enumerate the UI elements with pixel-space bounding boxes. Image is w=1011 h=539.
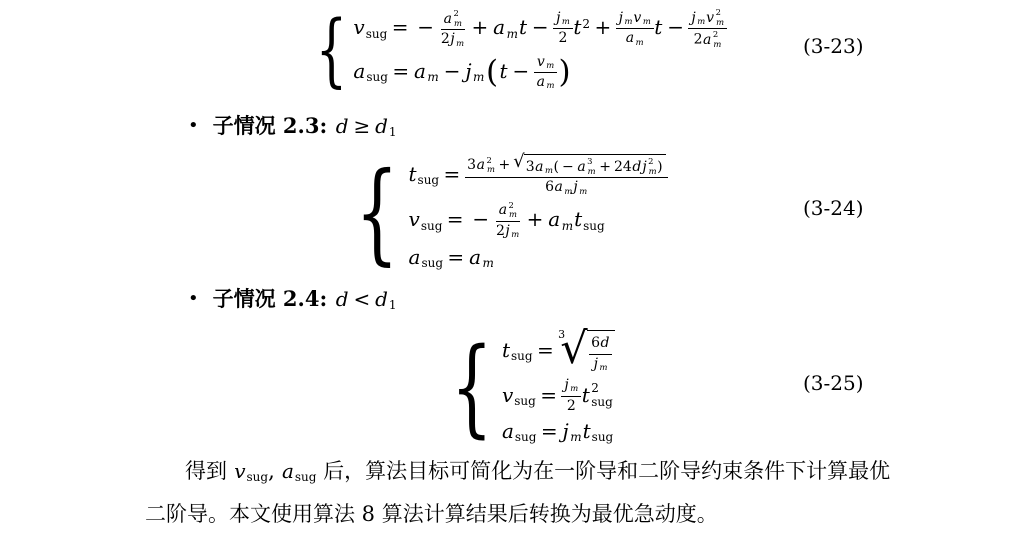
math-scripted: tsug	[408, 162, 439, 186]
math-var: a	[353, 59, 366, 83]
equation-3-25: { tsug=3√6djm vsug=jm2t2sug asug=jmtsug	[438, 328, 615, 446]
equation-number-3-23: (3-23)	[803, 34, 864, 58]
subscript: m	[579, 186, 588, 196]
math-var: a	[498, 202, 507, 218]
subscript: sug	[421, 256, 443, 270]
math-scripted: jm	[573, 179, 588, 195]
eq24-line-vsug: vsug=−a2m2jm+amtsug	[408, 199, 668, 243]
math-var: j	[642, 159, 647, 175]
subscript: m	[482, 256, 494, 270]
script-stack: 2m	[716, 8, 725, 27]
math-num: 2	[509, 200, 514, 210]
math-text: sug	[592, 430, 614, 444]
math-scripted: d1	[375, 114, 397, 138]
subscript: m	[624, 16, 633, 26]
math-row: t−vmam	[499, 59, 557, 83]
bullet-subcase-2-3: •子情况 2.3:d≥d1	[188, 110, 397, 140]
fraction-numerator: vm	[534, 54, 557, 74]
math-scripted: j2m	[642, 159, 657, 175]
math-num: 3	[587, 156, 592, 166]
math-row: 2a2m	[694, 32, 722, 48]
math-row: 3a2m+√3am(−a3m+24dj2m)	[467, 157, 665, 173]
math-num: 2	[453, 8, 458, 18]
math-var: m	[509, 209, 518, 219]
math-var: t	[581, 383, 590, 407]
math-var: a	[501, 419, 514, 443]
math-scripted: vsug	[408, 207, 442, 231]
fraction-denominator: 2	[556, 29, 570, 48]
math-num: 2	[582, 17, 590, 31]
bullet-condition-math: d<d1	[335, 287, 396, 311]
math-op: =	[392, 15, 409, 39]
math-var: d	[335, 287, 349, 311]
math-var: a	[703, 32, 712, 48]
math-var: t	[654, 15, 663, 39]
math-op: =	[392, 59, 409, 83]
math-num: 2	[713, 29, 718, 39]
equation-3-24: { tsug=3a2m+√3am(−a3m+24dj2m)6amjm vsug=…	[342, 152, 668, 272]
math-scripted: vm	[633, 10, 651, 26]
subscript: m	[570, 383, 579, 393]
math-var: a	[281, 459, 294, 483]
subscript: sug	[514, 394, 536, 408]
math-scripted: v2m	[706, 10, 725, 26]
math-text: sug	[418, 173, 440, 187]
math-var: m	[713, 39, 722, 49]
math-op: +	[472, 15, 489, 39]
math-row: 2jm	[441, 31, 465, 47]
math-var: m	[506, 27, 518, 41]
math-op: )	[657, 159, 662, 175]
math-var: d	[632, 159, 642, 175]
math-var: m	[570, 430, 582, 444]
subscript: m	[642, 16, 651, 26]
math-scripted: am	[548, 207, 574, 231]
eq24-line-tsug: tsug=3a2m+√3am(−a3m+24dj2m)6amjm	[408, 152, 668, 199]
subscript: m	[716, 18, 725, 28]
subscript: sug	[591, 396, 613, 410]
math-row: jmv2m	[691, 10, 725, 26]
subscript: sug	[592, 430, 614, 444]
math-var: t	[573, 15, 582, 39]
math-text: sug	[247, 470, 269, 484]
superscript: 2	[591, 382, 599, 396]
close-paren-icon: )	[557, 57, 571, 88]
equation-3-23-lines: vsug=−a2m2jm+amt−jm2t2+jmvmamt−jmv2m2a2m…	[353, 6, 727, 94]
subscript: sug	[295, 470, 317, 484]
script-stack: 2sug	[591, 382, 613, 410]
open-paren-icon: (	[485, 57, 499, 88]
math-text: sug	[295, 470, 317, 484]
math-row: d<d1	[335, 287, 396, 311]
subscript: m	[570, 430, 582, 444]
math-var: j	[573, 179, 578, 195]
math-var: a	[408, 245, 421, 269]
math-scripted: jm	[450, 31, 465, 47]
math-var: m	[648, 166, 657, 176]
math-num: 3	[467, 157, 476, 173]
math-op: +	[594, 15, 611, 39]
math-var: v	[408, 207, 420, 231]
math-num: 2	[648, 156, 653, 166]
math-var: t	[408, 162, 417, 186]
math-var: a	[548, 207, 561, 231]
math-scripted: asug	[281, 459, 316, 483]
math-op: =	[447, 207, 464, 231]
math-row: 3am(−a3m+24dj2m)	[526, 159, 663, 175]
subscript: m	[564, 186, 573, 196]
math-op: −	[562, 159, 574, 175]
subscript: m	[599, 362, 608, 372]
math-var: m	[564, 186, 573, 196]
math-scripted: tsug	[501, 338, 532, 362]
math-var: j	[465, 59, 472, 83]
math-var: a	[577, 159, 586, 175]
math-num: 2	[496, 223, 505, 239]
math-var: t	[499, 59, 508, 83]
math-scripted: jm	[564, 377, 579, 393]
math-num: 2	[591, 381, 599, 395]
math-var: j	[618, 10, 623, 26]
paren-content: t−vmam	[499, 54, 557, 92]
math-text: sug	[583, 219, 605, 233]
math-scripted: asug	[408, 245, 443, 269]
math-row: asug=am−jm(t−vmam)	[353, 59, 572, 83]
eq25-line-asug: asug=jmtsug	[501, 417, 615, 446]
eq25-line-tsug: tsug=3√6djm	[501, 328, 615, 375]
math-scripted: tsug	[582, 419, 613, 443]
subscript: m	[587, 167, 596, 177]
math-num: 1	[389, 298, 397, 312]
math-var: a	[443, 11, 452, 27]
cases-brace-icon: {	[355, 157, 398, 267]
math-fraction: a2m2jm	[493, 201, 522, 241]
math-op: +	[527, 207, 544, 231]
math-var: v	[501, 383, 513, 407]
math-scripted: t2sug	[581, 383, 613, 407]
subscript: sug	[515, 430, 537, 444]
math-var: m	[427, 70, 439, 84]
math-var: j	[593, 356, 598, 372]
script-stack: 2m	[509, 201, 518, 220]
math-var: d	[335, 114, 349, 138]
cases-brace-icon: {	[316, 10, 348, 90]
math-op: =	[447, 245, 464, 269]
fraction-denominator: 2	[564, 397, 578, 416]
math-num: 6	[591, 335, 600, 351]
subscript: 1	[389, 298, 397, 312]
fraction-numerator: 3a2m+√3am(−a3m+24dj2m)	[465, 154, 668, 178]
bullet-marker-icon: •	[188, 288, 199, 309]
paragraph-line-2: 二阶导。本文使用算法 8 算法计算结果后转换为最优急动度。	[145, 498, 718, 528]
math-row: 6d	[591, 335, 610, 351]
math-text: sug	[511, 349, 533, 363]
math-var: a	[469, 245, 482, 269]
math-var: v	[353, 15, 365, 39]
math-row: jmvm	[618, 10, 651, 26]
math-var: d	[600, 335, 610, 351]
bullet-marker-icon: •	[188, 115, 199, 136]
math-num: 2	[441, 31, 450, 47]
math-fraction: jmvmam	[616, 10, 654, 48]
math-text: sug	[514, 394, 536, 408]
math-op: =	[541, 419, 558, 443]
math-var: j	[450, 31, 455, 47]
math-scripted: tsug	[574, 207, 605, 231]
subscript: m	[456, 38, 465, 48]
math-text: sug	[421, 256, 443, 270]
math-scripted: am	[493, 15, 519, 39]
eq23-line-vsug: vsug=−a2m2jm+amt−jm2t2+jmvmamt−jmv2m2a2m	[353, 6, 727, 52]
math-scripted: d1	[375, 287, 397, 311]
math-row: vsug=jm2t2sug	[501, 383, 612, 407]
subscript: m	[427, 70, 439, 84]
math-var: a	[535, 159, 544, 175]
radicand: 6djm	[587, 330, 616, 373]
bullet-label: 子情况 2.4:	[213, 286, 328, 311]
math-row: d≥d1	[335, 114, 396, 138]
math-fraction: a2m2jm	[438, 9, 467, 49]
superscript: 2	[582, 17, 590, 31]
subscript: sug	[511, 349, 533, 363]
math-num: 1	[389, 125, 397, 139]
math-op: +	[498, 157, 510, 173]
math-scripted: a3m	[577, 159, 596, 175]
math-op: −	[472, 207, 489, 231]
math-var: j	[691, 10, 696, 26]
subscript: sug	[366, 70, 388, 84]
math-var: a	[554, 179, 563, 195]
subscript: m	[509, 210, 518, 220]
math-var: v	[536, 54, 545, 70]
math-scripted: vsug	[353, 15, 387, 39]
math-row: tsug=3√6djm	[501, 338, 615, 362]
script-stack: 3m	[587, 157, 596, 176]
math-num: 3	[526, 159, 535, 175]
fraction-denominator: 6amjm	[543, 178, 591, 197]
math-num: 2	[567, 398, 576, 414]
subscript: m	[546, 80, 555, 90]
subscript: m	[713, 40, 722, 50]
math-scripted: t2	[573, 15, 590, 39]
math-fraction: jm2	[553, 10, 573, 48]
math-var: m	[716, 17, 725, 27]
bullet-subcase-2-4: •子情况 2.4:d<d1	[188, 283, 397, 313]
fraction-numerator: jm	[553, 10, 573, 30]
math-scripted: a2m	[498, 202, 517, 218]
subscript: m	[561, 219, 573, 233]
math-scripted: jm	[691, 10, 706, 26]
math-num: 2	[486, 155, 491, 165]
math-var: t	[574, 207, 583, 231]
document-page: { vsug=−a2m2jm+amt−jm2t2+jmvmamt−jmv2m2a…	[0, 0, 1011, 539]
math-op: +	[599, 159, 611, 175]
fraction-numerator: a2m	[496, 201, 520, 222]
math-num: 24	[614, 159, 632, 175]
math-var: m	[482, 256, 494, 270]
math-scripted: jm	[618, 10, 633, 26]
subscript: m	[697, 16, 706, 26]
bullet-label: 子情况 2.3:	[213, 113, 328, 138]
subscript: m	[648, 167, 657, 177]
math-var: m	[546, 60, 555, 70]
math-scripted: vsug	[234, 459, 268, 483]
math-var: t	[501, 338, 510, 362]
math-var: m	[546, 80, 555, 90]
math-fraction: jmv2m2a2m	[688, 8, 727, 50]
subscript: sug	[366, 27, 388, 41]
math-op: =	[537, 338, 554, 362]
math-var: a	[625, 30, 634, 46]
math-var: m	[587, 166, 596, 176]
paragraph-text: 得到	[185, 459, 234, 483]
subscript: sug	[421, 219, 443, 233]
math-row: vsug=−a2m2jm+amt−jm2t2+jmvmamt−jmv2m2a2m	[353, 15, 727, 39]
math-var: m	[599, 362, 608, 372]
math-text: sug	[366, 27, 388, 41]
math-fraction: vmam	[534, 54, 558, 92]
math-op: −	[417, 15, 434, 39]
math-var: m	[453, 18, 462, 28]
math-fraction: 6djm	[589, 335, 613, 373]
eq25-line-vsug: vsug=jm2t2sug	[501, 375, 615, 417]
subscript: m	[506, 27, 518, 41]
math-row: tsug=3a2m+√3am(−a3m+24dj2m)6amjm	[408, 162, 668, 186]
subscript: sug	[583, 219, 605, 233]
math-num: 2	[694, 32, 703, 48]
math-scripted: jm	[556, 10, 571, 26]
subscript: 1	[389, 125, 397, 139]
paragraph-text: ,	[268, 459, 281, 483]
fraction-denominator: 2jm	[493, 222, 522, 241]
math-var: a	[493, 15, 506, 39]
math-var: m	[486, 164, 495, 174]
math-text: sug	[591, 395, 613, 409]
math-var: m	[473, 70, 485, 84]
math-op: =	[444, 162, 461, 186]
math-var: m	[511, 229, 520, 239]
math-var: j	[505, 223, 510, 239]
math-var: m	[570, 383, 579, 393]
paragraph-text: 后，算法目标可简化为在一阶导和二阶导约束条件下计算最优	[316, 459, 890, 483]
math-var: m	[635, 37, 644, 47]
math-row: asug=jmtsug	[501, 419, 613, 443]
equation-3-23: { vsug=−a2m2jm+amt−jm2t2+jmvmamt−jmv2m2a…	[306, 6, 727, 94]
subscript: m	[473, 70, 485, 84]
equation-3-24-lines: tsug=3a2m+√3am(−a3m+24dj2m)6amjm vsug=−a…	[408, 152, 668, 272]
eq23-line-asug: asug=am−jm(t−vmam)	[353, 52, 727, 94]
subscript: sug	[418, 173, 440, 187]
math-scripted: jm	[593, 356, 608, 372]
math-scripted: am	[469, 245, 495, 269]
math-fraction: jm2	[561, 377, 581, 415]
math-scripted: asug	[353, 59, 388, 83]
math-radical: √3am(−a3m+24dj2m)	[513, 154, 665, 176]
script-stack: 2m	[648, 157, 657, 176]
inline-math-vsug: vsug	[234, 459, 268, 483]
fraction-denominator: am	[623, 29, 647, 48]
math-op: −	[532, 15, 549, 39]
math-scripted: am	[535, 159, 554, 175]
subscript: m	[453, 19, 462, 29]
math-scripted: vsug	[501, 383, 535, 407]
cases-brace-icon: {	[451, 334, 493, 440]
math-radical: 3√6djm	[558, 330, 615, 373]
subscript: m	[511, 229, 520, 239]
math-scripted: am	[413, 59, 439, 83]
math-var: v	[234, 459, 246, 483]
fraction-numerator: jm	[561, 377, 581, 397]
math-scripted: asug	[501, 419, 536, 443]
math-scripted: a2m	[703, 32, 722, 48]
math-row: 6amjm	[545, 179, 588, 195]
math-var: m	[579, 186, 588, 196]
fraction-numerator: 6d	[589, 335, 613, 355]
math-var: a	[413, 59, 426, 83]
math-op: <	[353, 287, 370, 311]
math-num: 2	[716, 7, 721, 17]
math-scripted: am	[536, 74, 555, 90]
math-op: =	[540, 383, 557, 407]
math-op: ≥	[353, 114, 370, 138]
math-num: 2	[559, 30, 568, 46]
math-row: asug=am	[408, 245, 494, 269]
math-var: m	[456, 38, 465, 48]
math-scripted: jm	[562, 419, 582, 443]
script-stack: 2m	[453, 9, 462, 28]
subscript: sug	[247, 470, 269, 484]
fraction-denominator: jm	[591, 355, 611, 374]
math-op: −	[667, 15, 684, 39]
math-var: d	[375, 287, 389, 311]
math-scripted: jm	[505, 223, 520, 239]
equation-3-25-lines: tsug=3√6djm vsug=jm2t2sug asug=jmtsug	[501, 328, 615, 446]
fraction-denominator: 2a2m	[691, 29, 724, 49]
fraction-numerator: jmvm	[616, 10, 654, 30]
math-var: a	[536, 74, 545, 90]
math-row: vsug=−a2m2jm+amtsug	[408, 207, 605, 231]
math-text: sug	[366, 70, 388, 84]
math-var: t	[518, 15, 527, 39]
subscript: m	[486, 165, 495, 175]
math-paren-group: (t−vmam)	[485, 54, 572, 92]
math-var: m	[561, 16, 570, 26]
subscript: m	[635, 37, 644, 47]
math-op: −	[444, 59, 461, 83]
math-var: m	[642, 16, 651, 26]
math-row: 2jm	[496, 223, 520, 239]
script-stack: 2m	[486, 156, 495, 175]
math-scripted: jm	[465, 59, 485, 83]
math-fraction: 3a2m+√3am(−a3m+24dj2m)6amjm	[465, 154, 668, 197]
fraction-numerator: jmv2m	[688, 8, 727, 29]
fraction-denominator: am	[534, 73, 558, 92]
math-var: j	[562, 419, 569, 443]
math-text: sug	[515, 430, 537, 444]
bullet-condition-math: d≥d1	[335, 114, 396, 138]
script-stack: 2m	[713, 30, 722, 49]
math-scripted: a2m	[476, 157, 495, 173]
math-var: m	[561, 219, 573, 233]
equation-number-3-24: (3-24)	[803, 196, 864, 220]
math-var: m	[624, 16, 633, 26]
subscript: m	[546, 60, 555, 70]
math-scripted: am	[554, 179, 573, 195]
math-var: v	[633, 10, 642, 26]
eq24-line-asug: asug=am	[408, 243, 668, 272]
math-var: t	[582, 419, 591, 443]
math-text: sug	[421, 219, 443, 233]
